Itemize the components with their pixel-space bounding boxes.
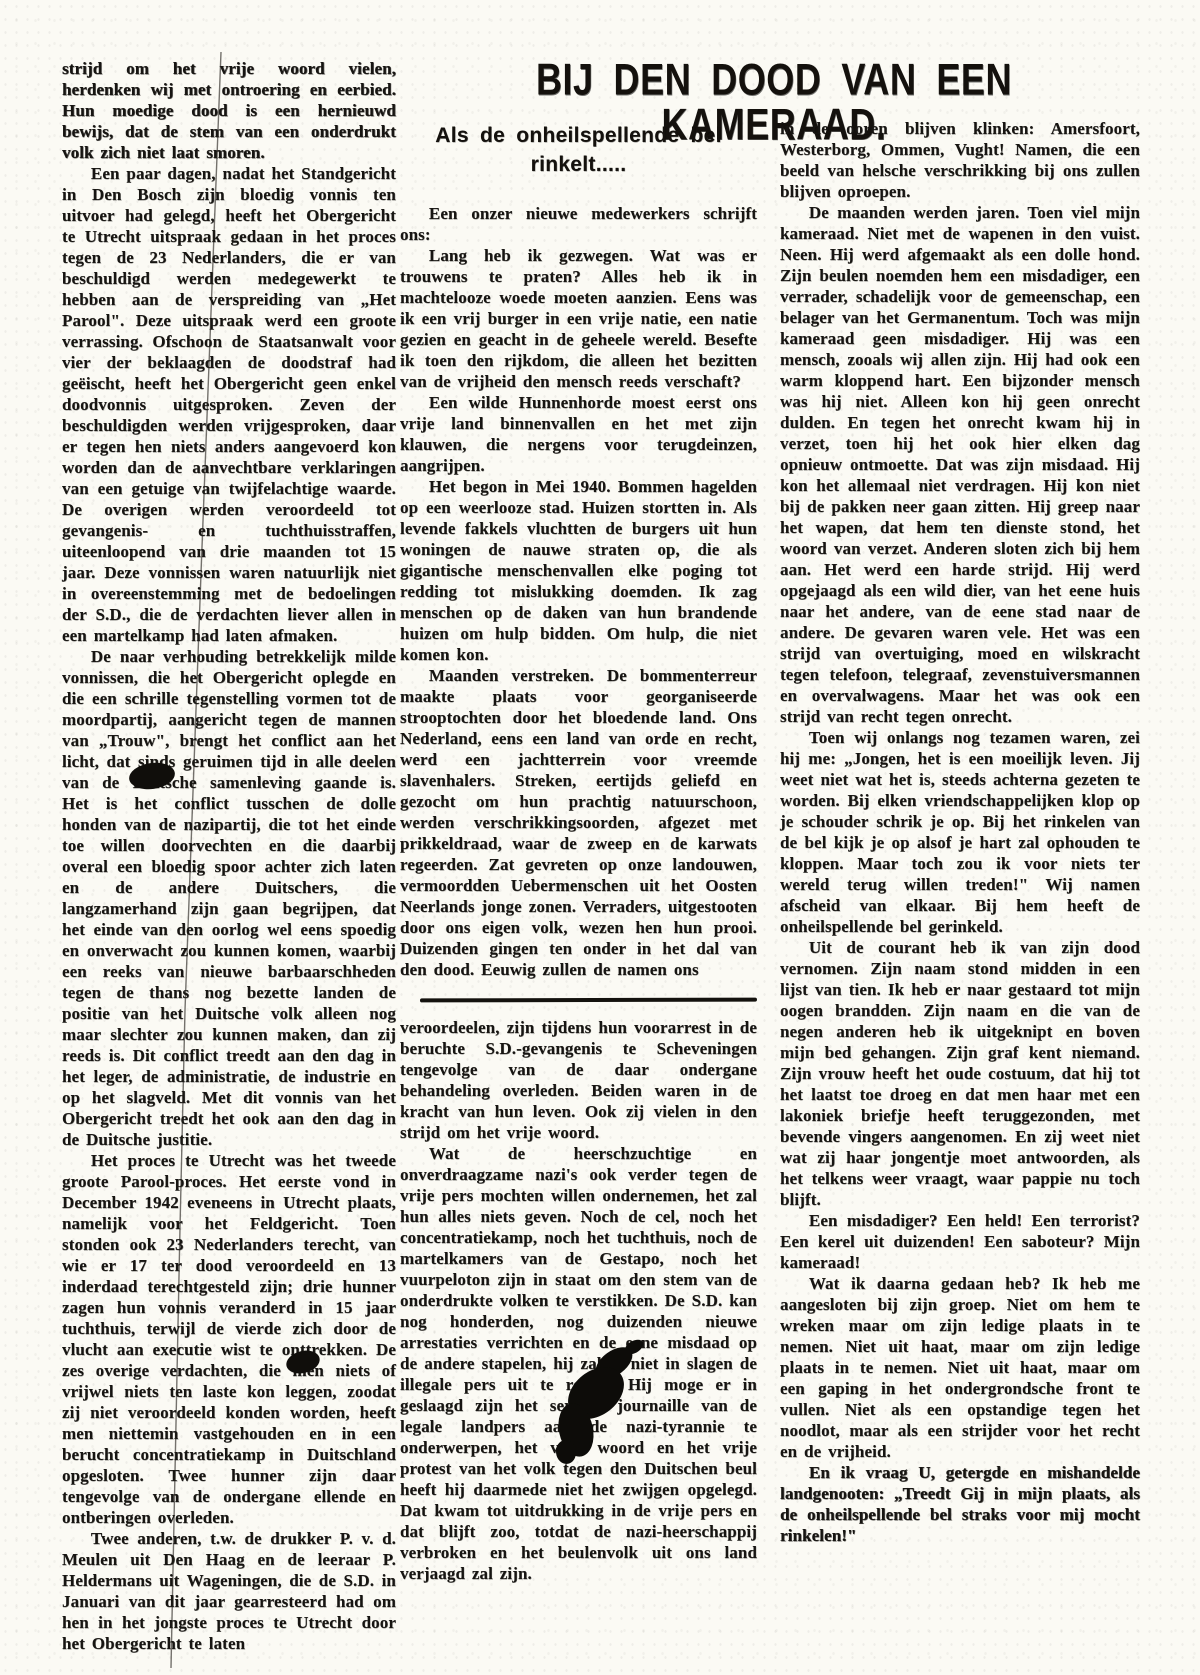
article-subtitle: Als de onheilspellende bel rinkelt..... — [400, 121, 757, 179]
paragraph: Uit de courant heb ik van zijn dood vern… — [780, 937, 1140, 1210]
column-middle: Een onzer nieuwe medewerkers schrijft on… — [400, 203, 757, 1584]
paragraph: Lang heb ik gezwegen. Wat was er trouwen… — [400, 245, 757, 392]
subtitle-line-1: Als de onheilspellende bel — [400, 121, 757, 150]
paragraph: Wat ik daarna gedaan heb? Ik heb me aang… — [780, 1273, 1140, 1462]
paragraph: Een onzer nieuwe medewerkers schrijft on… — [400, 203, 757, 245]
newspaper-page: BIJ DEN DOOD VAN EEN KAMERAAD. Als de on… — [0, 0, 1200, 1675]
paragraph: De naar verhouding betrekkelijk milde vo… — [62, 646, 396, 1150]
paragraph: strijd om het vrije woord vielen, herden… — [62, 58, 396, 163]
subtitle-line-2: rinkelt..... — [400, 150, 757, 179]
paragraph: in de ooren blijven klinken: Amersfoort,… — [780, 118, 1140, 202]
paragraph: Een misdadiger? Een held! Een terrorist?… — [780, 1210, 1140, 1273]
paragraph: Het proces te Utrecht was het tweede gro… — [62, 1150, 396, 1528]
paragraph: Een wilde Hunnenhorde moest eerst ons vr… — [400, 392, 757, 476]
column-left: strijd om het vrije woord vielen, herden… — [62, 58, 396, 1654]
paragraph: Het begon in Mei 1940. Bommen hagelden o… — [400, 476, 757, 665]
paragraph: Toen wij onlangs nog tezamen waren, zei … — [780, 727, 1140, 937]
column-right: in de ooren blijven klinken: Amersfoort,… — [780, 118, 1140, 1546]
paragraph: Een paar dagen, nadat het Standgericht i… — [62, 163, 396, 646]
paragraph: En ik vraag U, getergde en mishandelde l… — [780, 1462, 1140, 1546]
paragraph: Maanden verstreken. De bommenterreur maa… — [400, 665, 757, 980]
section-divider — [420, 998, 757, 1002]
paragraph: Twee anderen, t.w. de drukker P. v. d. M… — [62, 1528, 396, 1654]
paragraph: Wat de heerschzuchtige en onverdraagzame… — [400, 1143, 757, 1584]
paragraph: veroordeelen, zijn tijdens hun voorarres… — [400, 1017, 757, 1143]
paragraph: De maanden werden jaren. Toen viel mijn … — [780, 202, 1140, 727]
